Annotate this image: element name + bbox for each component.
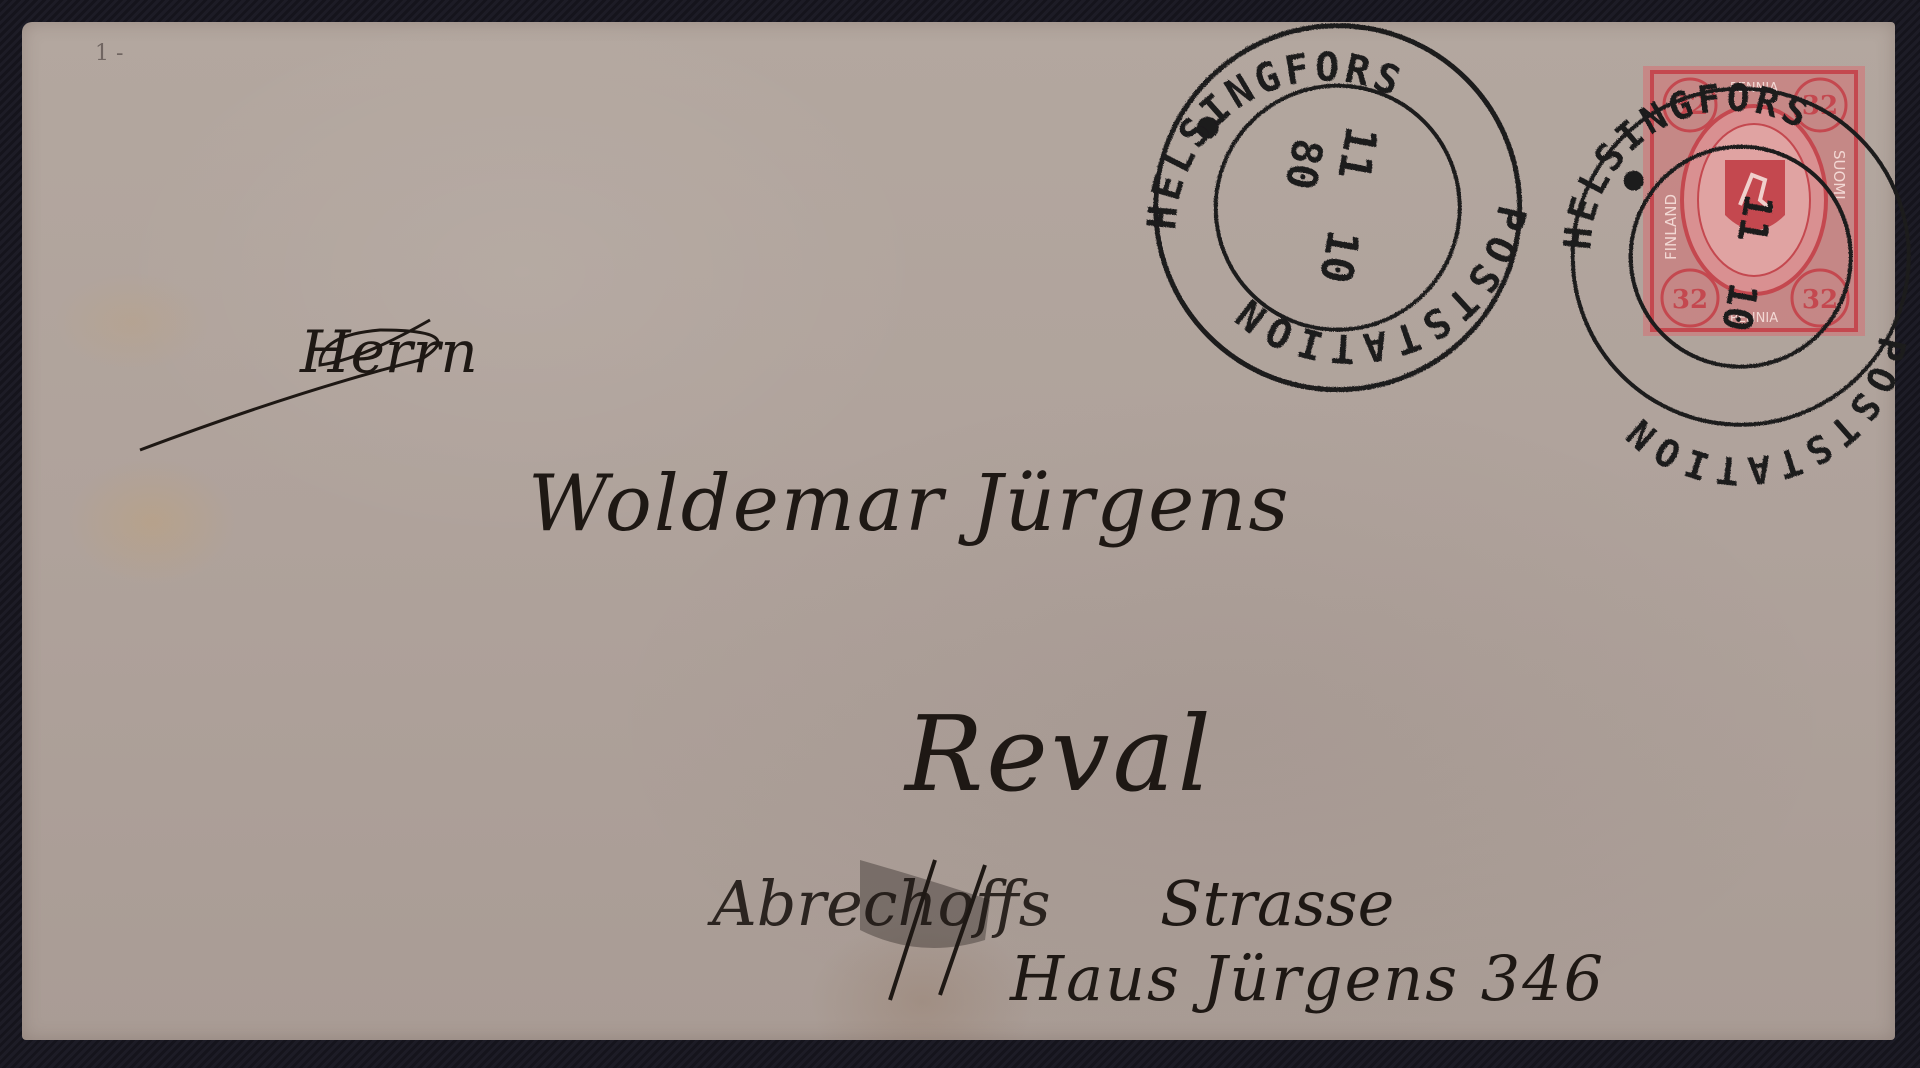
postmark-office: POSTSTATION <box>1613 333 1913 493</box>
stamp-country-text-right: SUOMI <box>1830 150 1848 200</box>
recipient-city: Reval <box>903 693 1214 815</box>
salutation: Herrn <box>299 318 478 386</box>
postmark-office: POSTSTATION <box>1223 201 1534 371</box>
street-name: Strasse <box>1160 867 1394 940</box>
envelope-markings: 1 - 32 32 32 32 PENNIA PENNIA FINLAND SU… <box>0 0 1920 1068</box>
svg-text:POSTSTATION: POSTSTATION <box>1613 333 1913 493</box>
postmark-day: 11 <box>1727 190 1781 245</box>
postmark-day: 11 <box>1327 122 1386 183</box>
stamp-value-bl: 32 <box>1672 285 1708 315</box>
stamp-value-br: 32 <box>1802 285 1838 315</box>
postmark: HELSINGFORS POSTSTATION 11 10 80 <box>1139 25 1534 389</box>
handwritten-address: Herrn Woldemar Jürgens Reval Abrechoffs … <box>140 318 1605 1015</box>
postmark-month: 10 <box>1711 279 1765 334</box>
house-line: Haus Jürgens 346 <box>1009 942 1605 1015</box>
corner-mark: 1 - <box>95 41 123 66</box>
recipient-name: Woldemar Jürgens <box>528 459 1291 549</box>
postmark-month: 10 <box>1308 225 1367 286</box>
svg-text:POSTSTATION: POSTSTATION <box>1223 201 1534 371</box>
postmark-year: 80 <box>1275 134 1332 192</box>
stamp-country-text: FINLAND <box>1662 194 1680 260</box>
star-icon <box>1623 170 1643 190</box>
